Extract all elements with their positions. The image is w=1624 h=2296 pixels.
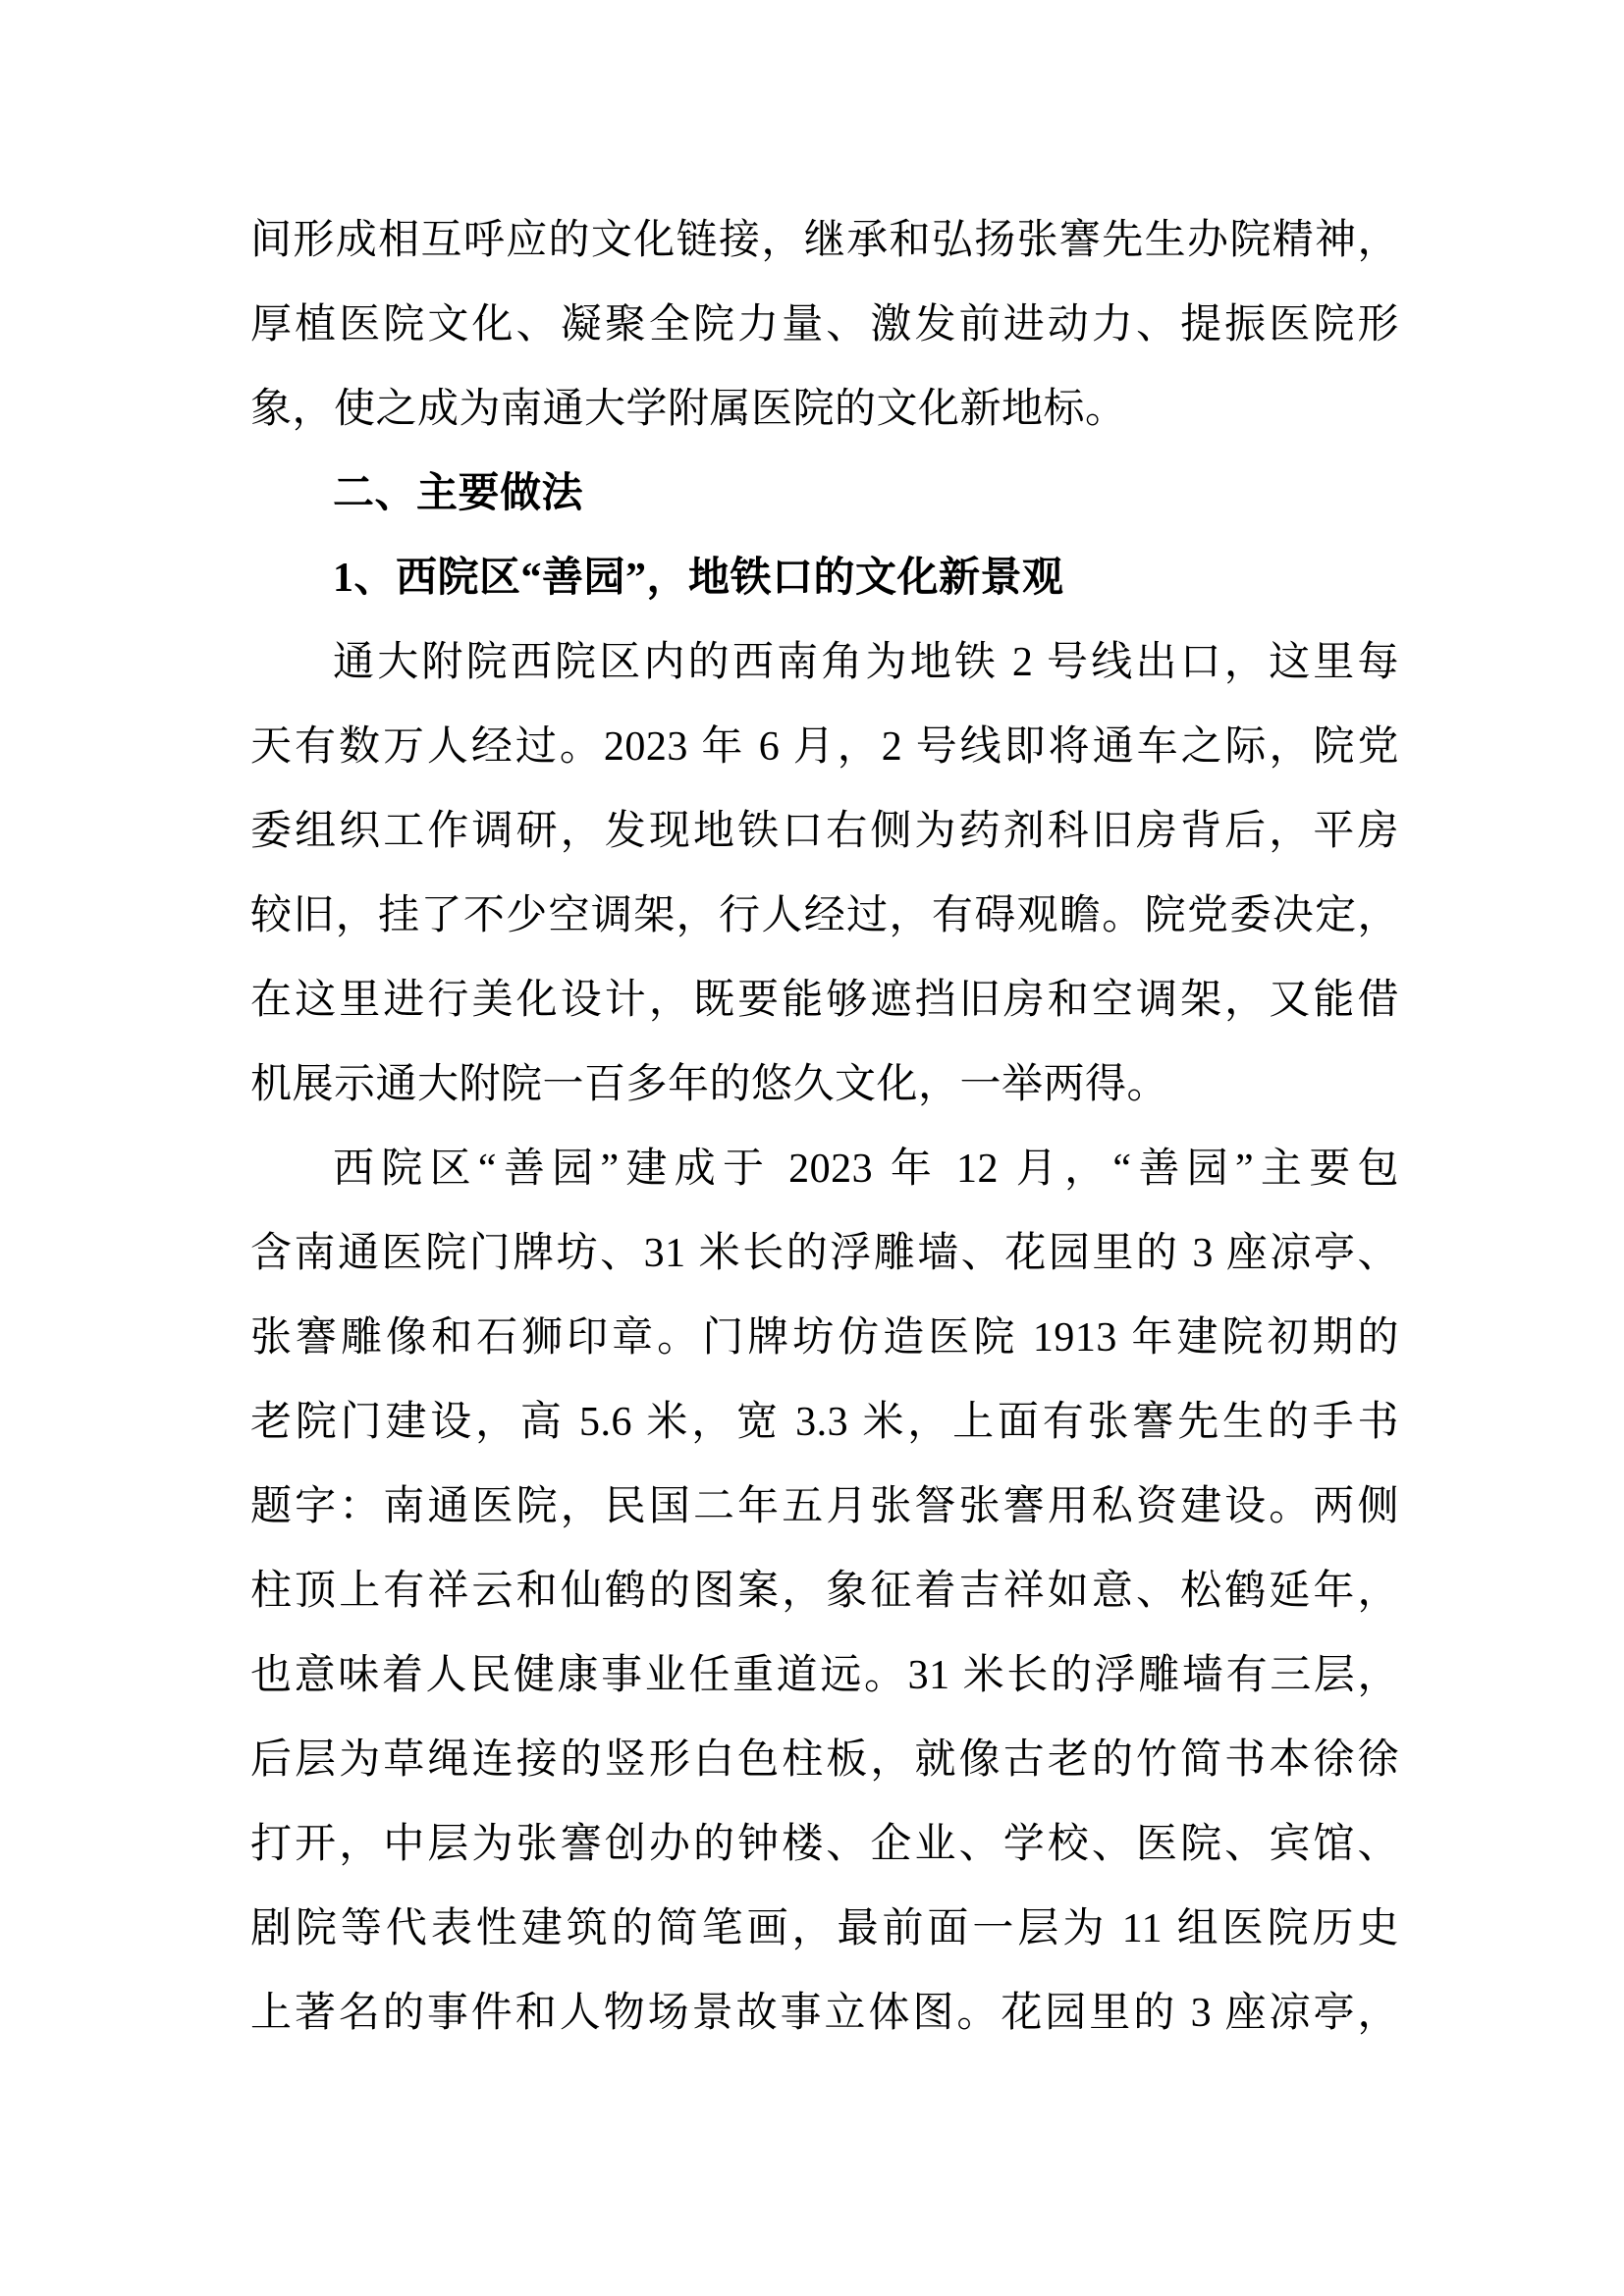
body-line: 委组织工作调研，发现地铁口右侧为药剂科旧房背后，平房 [250, 789, 1399, 874]
document-page: 间形成相互呼应的文化链接，继承和弘扬张謇先生办院精神， 厚植医院文化、凝聚全院力… [0, 0, 1624, 2296]
body-line: 打开，中层为张謇创办的钟楼、企业、学校、医院、宾馆、 [250, 1802, 1399, 1887]
section-heading: 二、主要做法 [250, 452, 1399, 536]
body-line: 象，使之成为南通大学附属医院的文化新地标。 [250, 367, 1399, 452]
body-line: 通大附院西院区内的西南角为地铁 2 号线出口，这里每 [250, 620, 1399, 705]
body-line: 西院区“善园”建成于 2023 年 12 月，“善园”主要包 [250, 1127, 1399, 1211]
body-line: 剧院等代表性建筑的简笔画，最前面一层为 11 组医院历史 [250, 1887, 1399, 1971]
body-line: 张謇雕像和石狮印章。门牌坊仿造医院 1913 年建院初期的 [250, 1296, 1399, 1380]
body-line: 机展示通大附院一百多年的悠久文化，一举两得。 [250, 1042, 1399, 1127]
body-line: 间形成相互呼应的文化链接，继承和弘扬张謇先生办院精神， [250, 198, 1399, 283]
body-line: 在这里进行美化设计，既要能够遮挡旧房和空调架，又能借 [250, 958, 1399, 1042]
body-line: 老院门建设，高 5.6 米，宽 3.3 米，上面有张謇先生的手书 [250, 1380, 1399, 1465]
body-line: 厚植医院文化、凝聚全院力量、激发前进动力、提振医院形 [250, 283, 1399, 367]
text-block: 间形成相互呼应的文化链接，继承和弘扬张謇先生办院精神， 厚植医院文化、凝聚全院力… [250, 198, 1399, 2056]
body-line: 题字：南通医院，民国二年五月张詧张謇用私资建设。两侧 [250, 1465, 1399, 1549]
body-line: 后层为草绳连接的竖形白色柱板，就像古老的竹简书本徐徐 [250, 1718, 1399, 1802]
body-line: 含南通医院门牌坊、31 米长的浮雕墙、花园里的 3 座凉亭、 [250, 1211, 1399, 1296]
subsection-heading: 1、西院区“善园”，地铁口的文化新景观 [250, 536, 1399, 620]
body-line: 也意味着人民健康事业任重道远。31 米长的浮雕墙有三层， [250, 1633, 1399, 1718]
body-line: 较旧，挂了不少空调架，行人经过，有碍观瞻。院党委决定， [250, 874, 1399, 958]
body-line: 上著名的事件和人物场景故事立体图。花园里的 3 座凉亭， [250, 1971, 1399, 2056]
body-line: 天有数万人经过。2023 年 6 月，2 号线即将通车之际，院党 [250, 705, 1399, 789]
body-line: 柱顶上有祥云和仙鹤的图案，象征着吉祥如意、松鹤延年， [250, 1549, 1399, 1633]
